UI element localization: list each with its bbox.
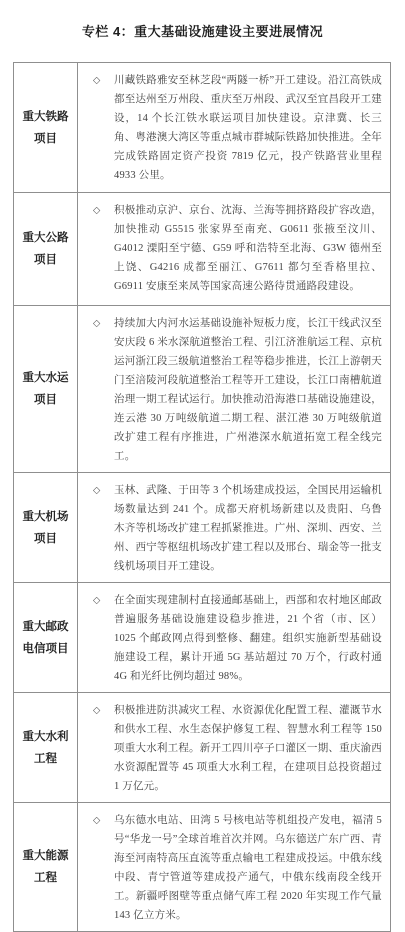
row-content: ◇ 在全面实现建制村直接通邮基础上，西部和农村地区邮政普遍服务基础设施建设稳步推… [78,583,390,692]
table-row-waterway: 重大水运项目 ◇ 持续加大内河水运基础设施补短板力度，长江干线武汉至安庆段 6 … [14,305,390,472]
diamond-bullet-icon: ◇ [93,811,106,830]
row-text: 积极推进防洪减灾工程、水资源优化配置工程、灌溉节水和供水工程、水生态保护修复工程… [114,701,382,796]
row-content: ◇ 积极推进防洪减灾工程、水资源优化配置工程、灌溉节水和供水工程、水生态保护修复… [78,693,390,802]
table-row-postal-telecom: 重大邮政电信项目 ◇ 在全面实现建制村直接通邮基础上，西部和农村地区邮政普遍服务… [14,582,390,692]
diamond-bullet-icon: ◇ [93,701,106,720]
table-row-highway: 重大公路项目 ◇ 积极推动京沪、京台、沈海、兰海等拥挤路段扩容改造，加快推动 G… [14,192,390,305]
row-label: 重大水运项目 [14,306,78,472]
row-label: 重大邮政电信项目 [14,583,78,692]
row-content: ◇ 川藏铁路雅安至林芝段“两隧一桥”开工建设。沿江高铁成都至达州至万州段、重庆至… [78,63,390,192]
row-text: 持续加大内河水运基础设施补短板力度，长江干线武汉至安庆段 6 米水深航道整治工程… [114,314,382,466]
table-row-energy: 重大能源工程 ◇ 乌东德水电站、田湾 5 号核电站等机组投产发电，福清 5 号“… [14,802,390,900]
row-label: 重大水利工程 [14,693,78,802]
page-title: 专栏 4：重大基础设施建设主要进展情况 [0,21,405,40]
diamond-bullet-icon: ◇ [93,481,106,500]
row-text: 川藏铁路雅安至林芝段“两隧一桥”开工建设。沿江高铁成都至达州至万州段、重庆至万州… [114,71,382,185]
diamond-bullet-icon: ◇ [93,591,106,610]
row-text: 玉林、武隆、于田等 3 个机场建成投运，全国民用运输机场数量达到 241 个。成… [114,481,382,576]
row-label: 重大能源工程 [14,803,78,900]
diamond-bullet-icon: ◇ [93,314,106,333]
diamond-bullet-icon: ◇ [93,201,106,220]
row-content: ◇ 持续加大内河水运基础设施补短板力度，长江干线武汉至安庆段 6 米水深航道整治… [78,306,390,472]
row-label: 重大机场项目 [14,473,78,582]
diamond-bullet-icon: ◇ [93,71,106,90]
row-text: 乌东德水电站、田湾 5 号核电站等机组投产发电，福清 5 号“华龙一号”全球首堆… [114,811,382,900]
row-content: ◇ 乌东德水电站、田湾 5 号核电站等机组投产发电，福清 5 号“华龙一号”全球… [78,803,390,900]
progress-table: 重大铁路项目 ◇ 川藏铁路雅安至林芝段“两隧一桥”开工建设。沿江高铁成都至达州至… [13,62,391,900]
row-content: ◇ 玉林、武隆、于田等 3 个机场建成投运，全国民用运输机场数量达到 241 个… [78,473,390,582]
table-row-railway: 重大铁路项目 ◇ 川藏铁路雅安至林芝段“两隧一桥”开工建设。沿江高铁成都至达州至… [14,63,390,192]
row-label: 重大铁路项目 [14,63,78,192]
row-text: 在全面实现建制村直接通邮基础上，西部和农村地区邮政普遍服务基础设施建设稳步推进，… [114,591,382,686]
row-text: 积极推动京沪、京台、沈海、兰海等拥挤路段扩容改造，加快推动 G5515 张家界至… [114,201,382,296]
table-row-airport: 重大机场项目 ◇ 玉林、武隆、于田等 3 个机场建成投运，全国民用运输机场数量达… [14,472,390,582]
row-content: ◇ 积极推动京沪、京台、沈海、兰海等拥挤路段扩容改造，加快推动 G5515 张家… [78,193,390,305]
table-row-water-conservancy: 重大水利工程 ◇ 积极推进防洪减灾工程、水资源优化配置工程、灌溉节水和供水工程、… [14,692,390,802]
row-label: 重大公路项目 [14,193,78,305]
